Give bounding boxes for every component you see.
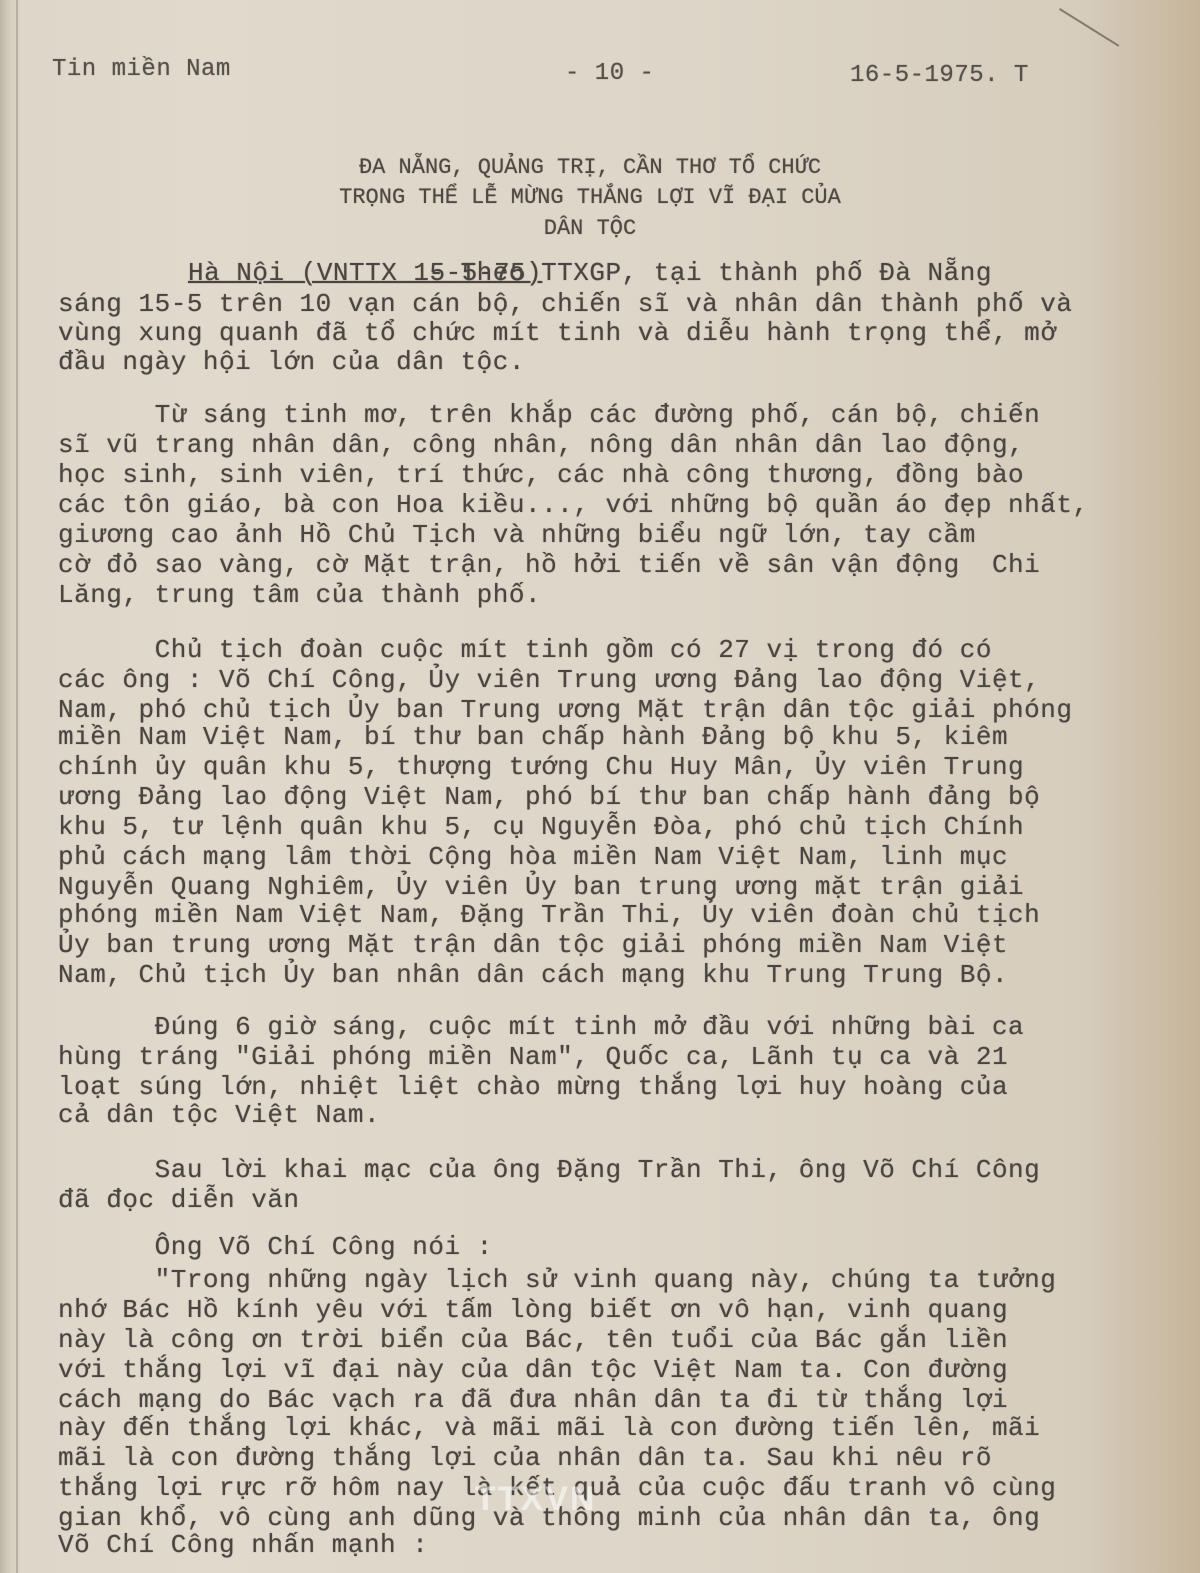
title-line-1: ĐA NẴNG, QUẢNG TRỊ, CẦN THƠ TỔ CHỨC (240, 155, 940, 180)
body-line: mãi là con đường thắng lợi của nhân dân … (58, 1443, 992, 1473)
body-line: cả dân tộc Việt Nam. (58, 1100, 380, 1130)
header-date: 16-5-1975. T (850, 62, 1029, 89)
body-line: Võ Chí Công nhấn mạnh : (58, 1530, 428, 1560)
body-line: các tôn giáo, bà con Hoa kiều..., với nh… (58, 490, 1089, 520)
body-line: cách mạng do Bác vạch ra đã đưa nhân dân… (58, 1385, 1008, 1415)
body-line: Ủy ban trung ương Mặt trận dân tộc giải … (58, 930, 1008, 960)
body-line: các ông : Võ Chí Công, Ủy viên Trung ươn… (58, 665, 1040, 695)
title-line-2: TRỌNG THỂ LỄ MỪNG THẮNG LỢI VĨ ĐẠI CỦA (240, 185, 940, 210)
page-number: - 10 - (565, 60, 654, 87)
body-line: Sau lời khai mạc của ông Đặng Trần Thi, … (58, 1155, 1040, 1185)
body-line: khu 5, tư lệnh quân khu 5, cụ Nguyễn Đòa… (58, 812, 1024, 842)
body-line: chính ủy quân khu 5, thượng tướng Chu Hu… (58, 752, 1024, 782)
body-line: Chủ tịch đoàn cuộc mít tinh gồm có 27 vị… (58, 635, 992, 665)
body-line: với thắng lợi vĩ đại này của dân tộc Việ… (58, 1355, 1008, 1385)
body-line: miền Nam Việt Nam, bí thư ban chấp hành … (58, 722, 1008, 752)
header-source: Tin miền Nam (52, 56, 231, 83)
paper-crease (1059, 8, 1119, 47)
body-line: vùng xung quanh đã tổ chức mít tinh và d… (58, 318, 1056, 348)
body-line: giương cao ảnh Hồ Chủ Tịch và những biểu… (58, 520, 976, 550)
body-line: Ông Võ Chí Công nói : (58, 1232, 493, 1262)
title-line-3: DÂN TỘC (240, 216, 940, 241)
body-line: loạt súng lớn, nhiệt liệt chào mừng thắn… (58, 1072, 1008, 1102)
body-line: "Trong những ngày lịch sử vinh quang này… (58, 1265, 1056, 1295)
body-line: phóng miền Nam Việt Nam, Đặng Trần Thi, … (58, 900, 1040, 930)
watermark-logo: TTXVN (475, 1480, 596, 1519)
body-line: đã đọc diễn văn (58, 1185, 300, 1215)
body-line: ương Đảng lao động Việt Nam, phó bí thư … (58, 782, 1040, 812)
body-line: Đúng 6 giờ sáng, cuộc mít tinh mở đầu vớ… (58, 1012, 1024, 1042)
body-line: Từ sáng tinh mơ, trên khắp các đường phố… (58, 400, 1040, 430)
body-line: Nam, Chủ tịch Ủy ban nhân dân cách mạng … (58, 960, 1008, 990)
body-line: nhớ Bác Hồ kính yêu với tấm lòng biết ơn… (58, 1295, 1008, 1325)
body-line: phủ cách mạng lâm thời Cộng hòa miền Nam… (58, 842, 1008, 872)
body-line: học sinh, sinh viên, trí thức, các nhà c… (58, 460, 1024, 490)
body-line: đầu ngày hội lớn của dân tộc. (58, 347, 525, 377)
body-line: Lăng, trung tâm của thành phố. (58, 580, 541, 610)
body-line: sáng 15-5 trên 10 vạn cán bộ, chiến sĩ v… (58, 289, 1072, 319)
body-line: này đến thắng lợi khác, và mãi mãi là co… (58, 1413, 1040, 1443)
body-line: này là công ơn trời biển của Bác, tên tu… (58, 1325, 1008, 1355)
body-line: - Theo TTXGP, tại thành phố Đà Nẵng (58, 258, 992, 288)
body-line: hùng tráng "Giải phóng miền Nam", Quốc c… (58, 1042, 1008, 1072)
body-line: Nam, phó chủ tịch Ủy ban Trung ương Mặt … (58, 695, 1072, 725)
body-line: cờ đỏ sao vàng, cờ Mặt trận, hồ hởi tiến… (58, 550, 1040, 580)
body-line: sĩ vũ trang nhân dân, công nhân, nông dâ… (58, 430, 1024, 460)
typewritten-page: Tin miền Nam - 10 - 16-5-1975. T ĐA NẴNG… (0, 0, 1200, 1573)
body-line: Nguyễn Quang Nghiêm, Ủy viên Ủy ban trun… (58, 872, 1024, 902)
